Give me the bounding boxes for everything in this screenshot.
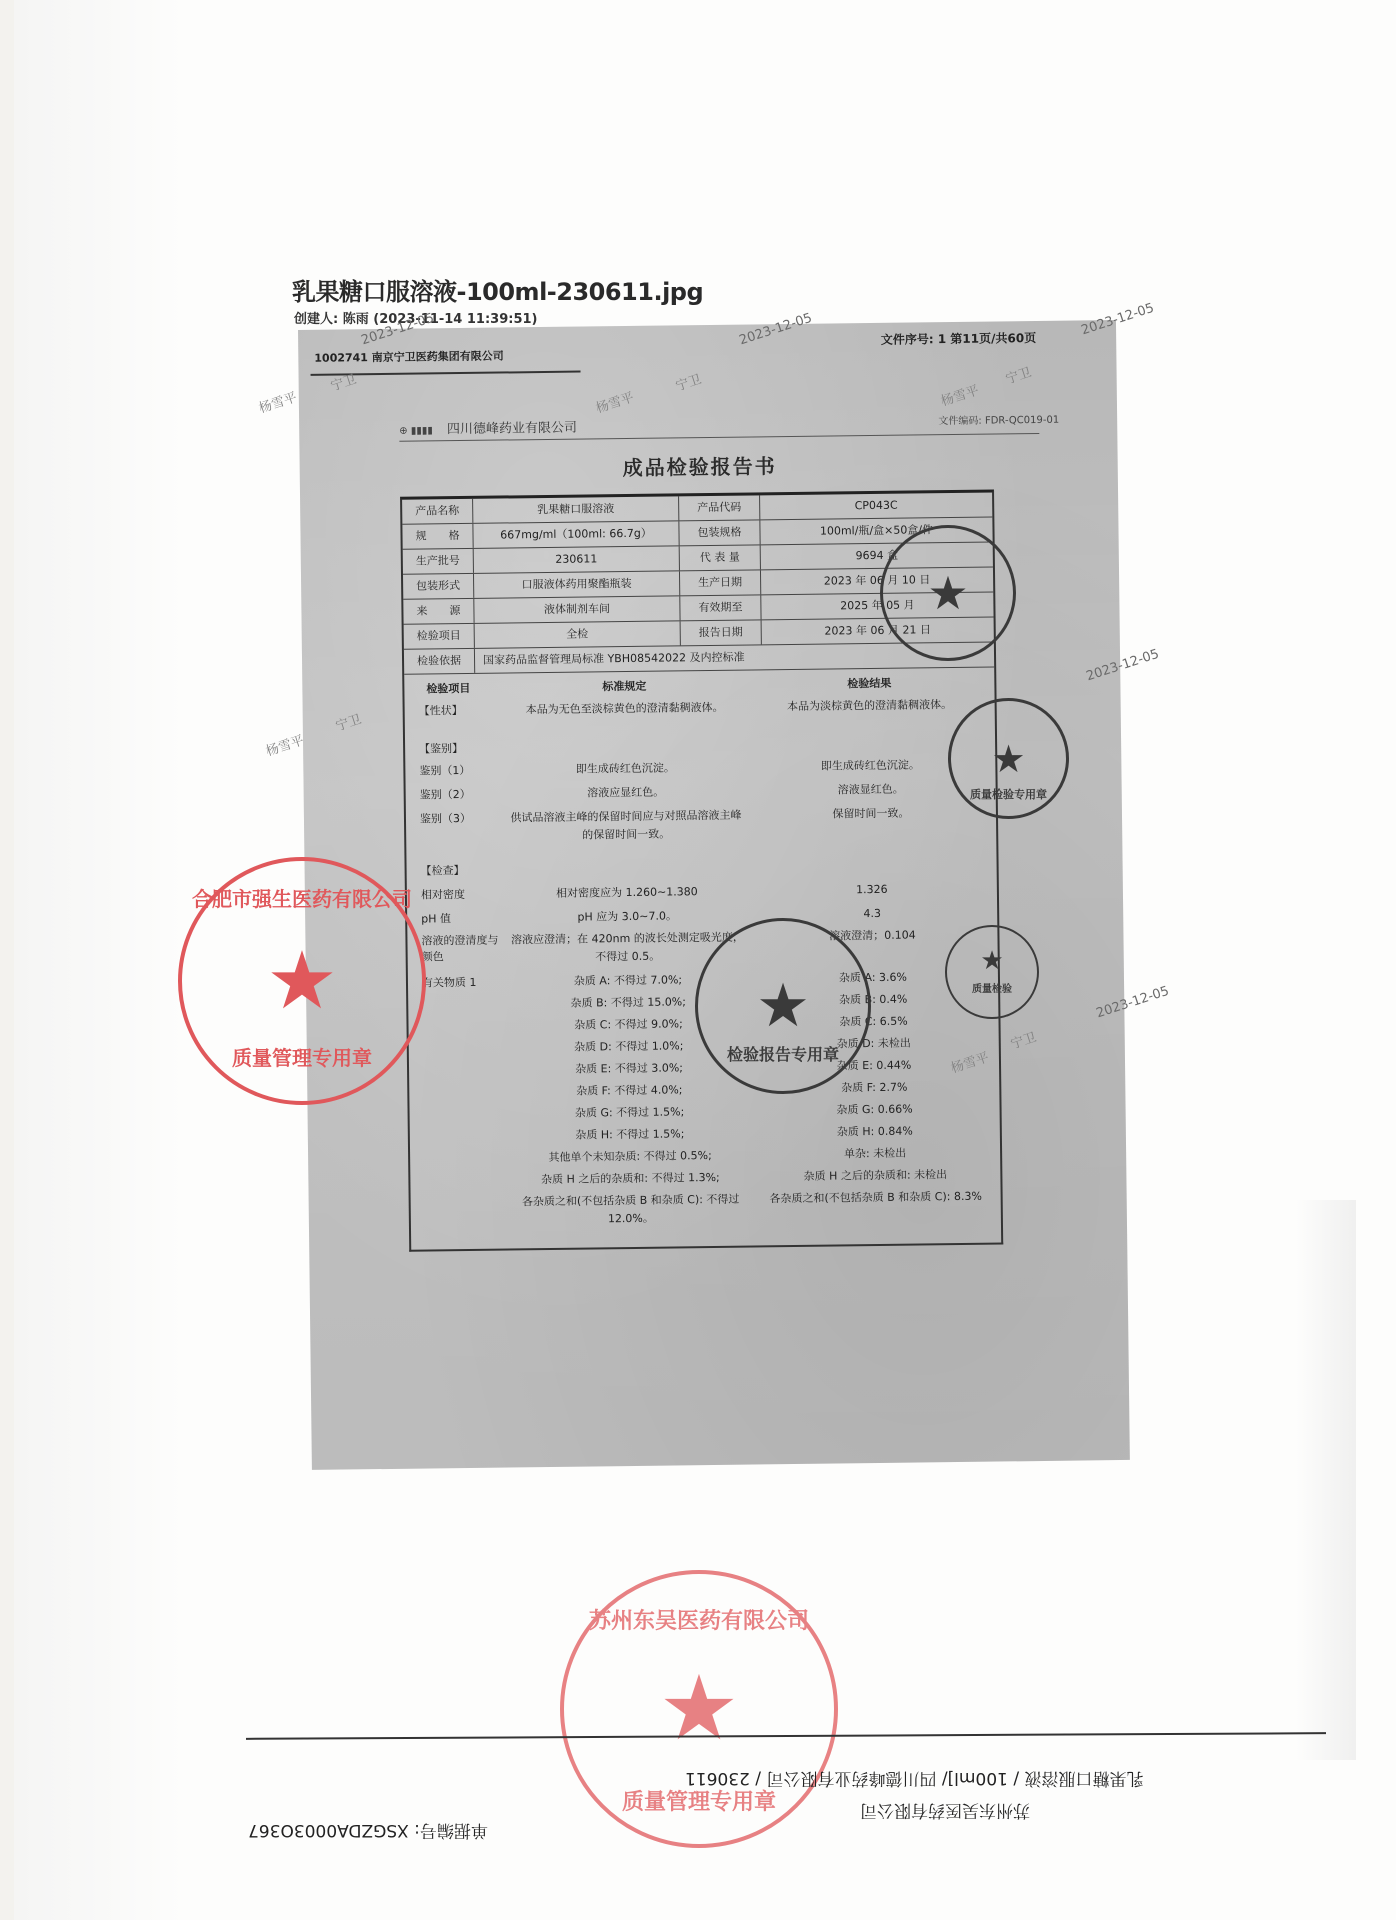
scan-bar-company: 1002741 南京宁卫医药集团有限公司 (314, 347, 504, 365)
test-item: pH 值 (421, 910, 501, 927)
stamp-hefei-gray: ★ (880, 525, 1016, 661)
test-standard: 溶液应显红色。 (506, 783, 746, 804)
scan-edge (0, 0, 14, 1920)
test-standard (505, 737, 745, 740)
info-label: 报告日期 (681, 620, 762, 645)
test-item (423, 1062, 503, 1063)
info-value: 液体制剂车间 (474, 596, 680, 623)
info-label: 规 格 (402, 524, 473, 549)
info-value: 全检 (475, 621, 681, 648)
header-item: 检验项目 (426, 679, 506, 696)
header-standard: 标准规定 (504, 677, 744, 698)
stamp-sichuan-defeng: ★ 质量检验专用章 (948, 698, 1069, 819)
info-label: 产品代码 (679, 495, 760, 520)
test-standard: 杂质 G: 不得过 1.5%; (509, 1103, 749, 1124)
test-item: 相对密度 (421, 886, 501, 903)
star-icon: ★ (991, 740, 1025, 778)
footer-company: 苏州东吴医药有限公司 (860, 1800, 1030, 1825)
info-value: 乳果糖口服溶液 (473, 496, 679, 523)
basis-label: 检验依据 (404, 649, 475, 674)
stamp-hefei-red: ★ 合肥市强生医药有限公司 质量管理专用章 (178, 857, 426, 1105)
test-standard: 本品为无色至淡棕黄色的澄清黏稠液体。 (505, 699, 745, 720)
info-label: 包装规格 (679, 520, 760, 545)
test-item: 有关物质 1 (422, 974, 502, 991)
test-item (422, 1018, 502, 1019)
info-value: 230611 (474, 546, 680, 573)
star-icon: ★ (980, 948, 1003, 974)
scan-shadow-right (1296, 1200, 1356, 1760)
test-standard: 相对密度应为 1.260~1.380 (507, 883, 747, 904)
info-value: 667mg/ml（100ml: 66.7g） (473, 521, 679, 548)
test-result: 保留时间一致。 (746, 804, 996, 825)
stamp-nanjing-ningwei: ★ 检验报告专用章 (695, 918, 871, 1094)
info-label: 来 源 (403, 599, 474, 624)
test-item: 溶液的澄清度与颜色 (421, 932, 501, 965)
header-result: 检验结果 (744, 674, 994, 695)
test-standard: 杂质 H: 不得过 1.5%; (510, 1125, 750, 1146)
test-item: 【鉴别】 (419, 740, 499, 757)
test-standard: 杂质 H 之后的杂质和: 不得过 1.3%; (510, 1169, 750, 1190)
report-doc-code: 文件编码: FDR-QC019-01 (938, 411, 1059, 427)
test-item (423, 1106, 503, 1107)
test-standard: pH 应为 3.0~7.0。 (507, 907, 747, 928)
info-value: CP043C (760, 493, 992, 520)
test-standard: 即生成砖红色沉淀。 (505, 759, 745, 780)
info-label: 检验项目 (404, 624, 475, 649)
star-icon: ★ (266, 941, 338, 1021)
scan-bar-page-info: 文件序号: 1 第11页/共60页 (881, 329, 1036, 348)
star-icon: ★ (659, 1664, 740, 1754)
file-title: 乳果糖口服溶液-100ml-230611.jpg (292, 272, 703, 307)
scan-shadow (14, 0, 184, 1920)
star-icon: ★ (927, 570, 968, 616)
test-result: 各杂质之和(不包括杂质 B 和杂质 C): 8.3% (751, 1187, 1001, 1208)
stamp-suzhou-red: ★ 苏州东吴医药有限公司 质量管理专用章 (560, 1570, 838, 1848)
test-result (746, 856, 996, 859)
stamp-small-gray: ★ 质量检验 (945, 925, 1039, 1019)
info-value: 口服液体药用聚酯瓶装 (474, 571, 680, 598)
test-result: 杂质 H: 0.84% (750, 1121, 1000, 1142)
test-standard: 其他单个未知杂质: 不得过 0.5%; (510, 1147, 750, 1168)
info-label: 有效期至 (680, 595, 761, 620)
test-item (423, 1040, 503, 1041)
test-item (424, 1172, 504, 1173)
test-standard: 各杂质之和(不包括杂质 B 和杂质 C): 不得过 12.0%。 (511, 1191, 751, 1230)
test-item: 鉴别（1） (419, 762, 499, 779)
test-results: 检验项目 标准规定 检验结果 【性状】本品为无色至淡棕黄色的澄清黏稠液体。本品为… (404, 668, 1001, 1250)
test-result: 单杂: 未检出 (750, 1143, 1000, 1164)
report-title: 成品检验报告书 (400, 447, 1000, 483)
info-label: 生产日期 (680, 570, 761, 595)
test-item (424, 1128, 504, 1129)
test-item (422, 996, 502, 997)
watermark-name: 杨雪平 (263, 729, 306, 759)
info-label: 包装形式 (403, 574, 474, 599)
test-item (425, 1194, 505, 1195)
test-standard: 供试品溶液主峰的保留时间应与对照品溶液主峰的保留时间一致。 (506, 807, 746, 846)
info-label: 代 表 量 (680, 545, 761, 570)
test-item: 鉴别（3） (420, 810, 500, 827)
test-item: 【检查】 (421, 862, 501, 879)
test-result: 1.326 (747, 880, 997, 901)
footer-doc-no: 单据编号: XSGZDA0003O367 (248, 1820, 488, 1845)
test-item (424, 1150, 504, 1151)
report-company: 四川德峰药业有限公司 (447, 421, 577, 438)
test-item (423, 1084, 503, 1085)
test-result: 杂质 H 之后的杂质和: 未检出 (750, 1165, 1000, 1186)
info-label: 产品名称 (402, 499, 473, 524)
test-result: 本品为淡棕黄色的澄清黏稠液体。 (745, 696, 995, 717)
star-icon: ★ (756, 976, 810, 1036)
test-item: 鉴别（2） (420, 786, 500, 803)
scanned-report-sheet: 1002741 南京宁卫医药集团有限公司 文件序号: 1 第11页/共60页 ⊕… (298, 320, 1130, 1470)
test-standard (507, 859, 747, 862)
watermark-date: 2023-12-05 (1080, 301, 1156, 339)
test-item: 【性状】 (419, 702, 499, 719)
test-result: 杂质 G: 0.66% (749, 1099, 999, 1120)
footer-product-line: 乳果糖口服溶液 / 100ml]/ 四川德峰药业有限公司 / 230611 (685, 1768, 1143, 1793)
info-label: 生产批号 (403, 549, 474, 574)
watermark-name: 杨雪平 (256, 386, 299, 416)
company-logo-icon: ⊕ ▮▮▮▮ (399, 425, 433, 436)
test-standard: 杂质 F: 不得过 4.0%; (509, 1081, 749, 1102)
